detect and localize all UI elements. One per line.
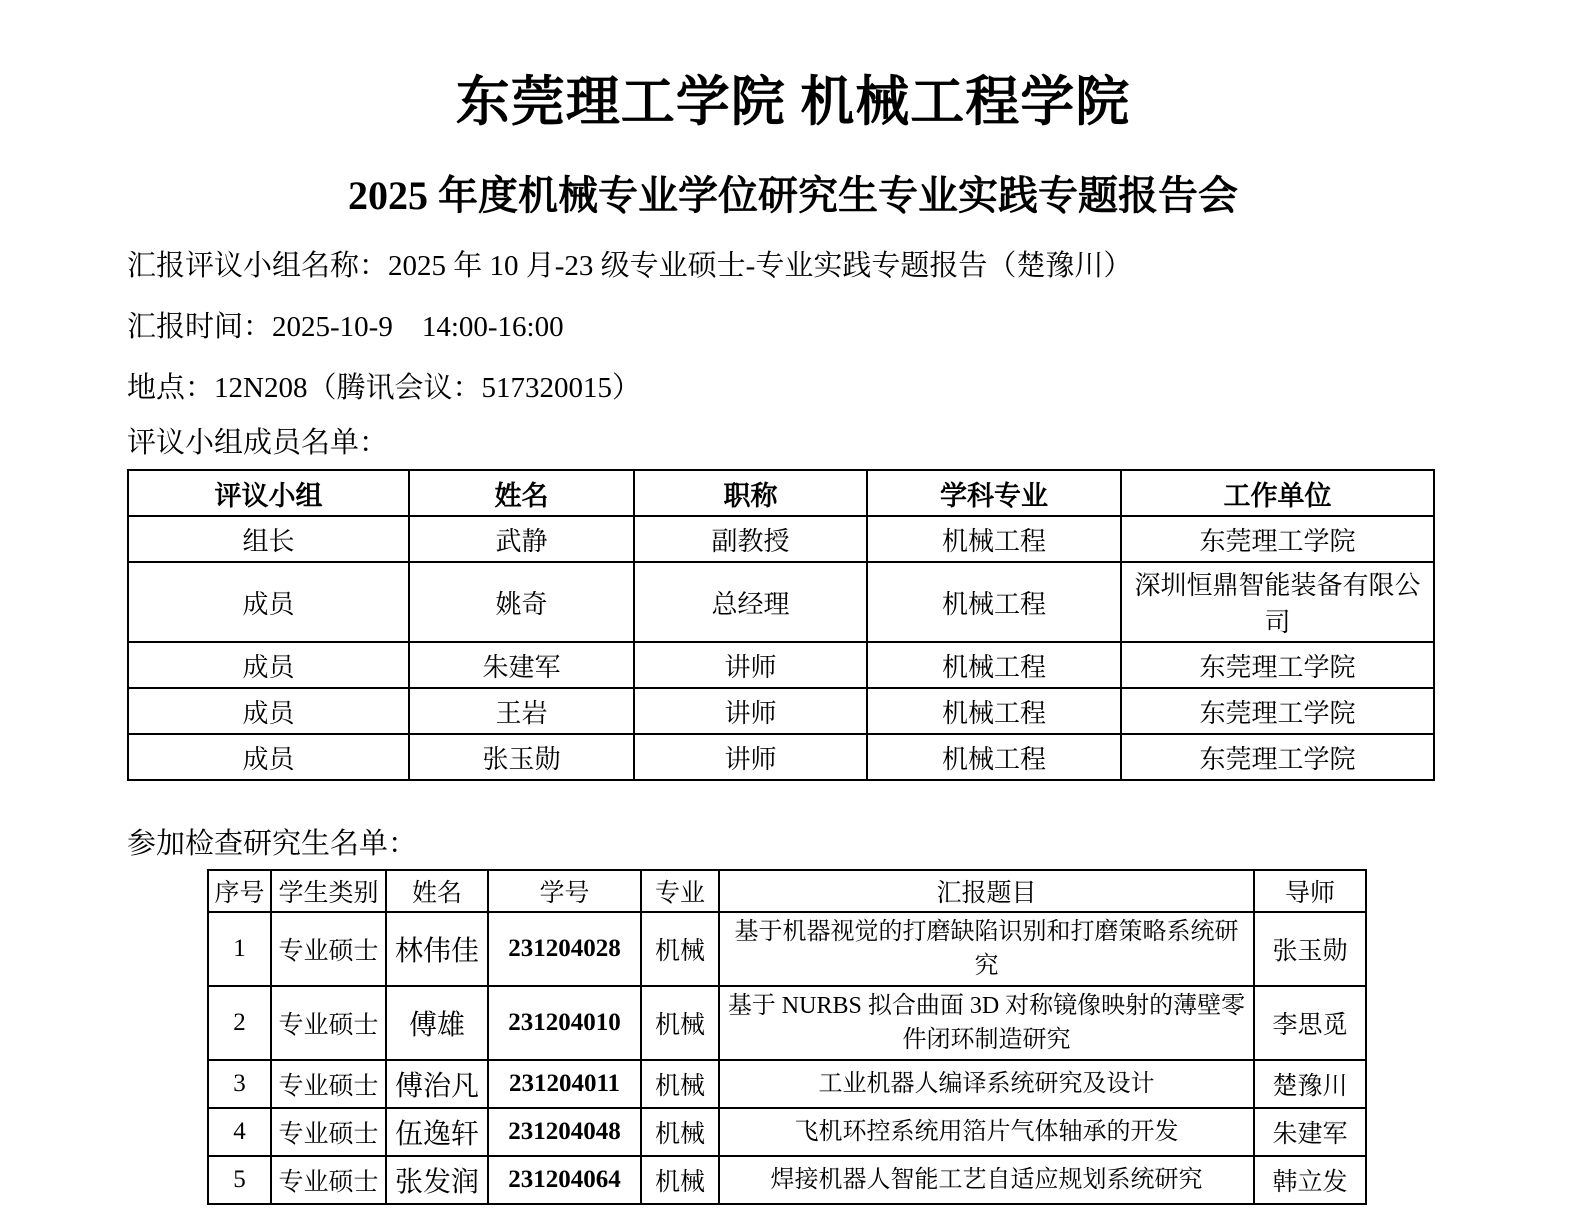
info-value: 2025 年 10 月-23 级专业硕士-专业实践专题报告（楚豫川） (388, 250, 1132, 282)
table-cell: 机械 (641, 986, 719, 1060)
table-cell: 机械 (641, 1108, 719, 1156)
table-row: 5 专业硕士 张发润 231204064 机械 焊接机器人智能工艺自适应规划系统… (208, 1156, 1366, 1204)
document-page: 东莞理工学院 机械工程学院 2025 年度机械专业学位研究生专业实践专题报告会 … (0, 0, 1586, 1222)
table-cell: 成员 (128, 562, 409, 642)
table-cell: 机械工程 (867, 734, 1121, 780)
table-cell: 深圳恒鼎智能装备有限公司 (1121, 562, 1434, 642)
table-header-row: 评议小组 姓名 职称 学科专业 工作单位 (128, 470, 1434, 516)
table-cell: 专业硕士 (271, 1156, 386, 1204)
table-cell: 机械 (641, 912, 719, 986)
table-row: 4 专业硕士 伍逸轩 231204048 机械 飞机环控系统用箔片气体轴承的开发… (208, 1108, 1366, 1156)
table-cell: 5 (208, 1156, 271, 1204)
table-cell: 231204028 (488, 912, 641, 986)
table-cell: 基于机器视觉的打磨缺陷识别和打磨策略系统研究 (719, 912, 1254, 986)
table-cell: 总经理 (634, 562, 867, 642)
table-row: 2 专业硕士 傅雄 231204010 机械 基于 NURBS 拟合曲面 3D … (208, 986, 1366, 1060)
table-cell: 武静 (409, 516, 634, 562)
table-header-cell: 专业 (641, 870, 719, 912)
page-title: 东莞理工学院 机械工程学院 (0, 0, 1586, 137)
table-row: 3 专业硕士 傅治凡 231204011 机械 工业机器人编译系统研究及设计 楚… (208, 1060, 1366, 1108)
table-row: 1 专业硕士 林伟佳 231204028 机械 基于机器视觉的打磨缺陷识别和打磨… (208, 912, 1366, 986)
info-value: 2025-10-9 14:00-16:00 (272, 311, 564, 343)
table-cell: 姚奇 (409, 562, 634, 642)
table-cell: 讲师 (634, 688, 867, 734)
table-cell: 东莞理工学院 (1121, 516, 1434, 562)
table-row: 成员 王岩 讲师 机械工程 东莞理工学院 (128, 688, 1434, 734)
table-header-cell: 学科专业 (867, 470, 1121, 516)
table-cell: 傅治凡 (386, 1060, 488, 1108)
table-cell: 基于 NURBS 拟合曲面 3D 对称镜像映射的薄壁零件闭环制造研究 (719, 986, 1254, 1060)
table-header-cell: 姓名 (409, 470, 634, 516)
page-subtitle: 2025 年度机械专业学位研究生专业实践专题报告会 (0, 171, 1586, 221)
table-cell: 4 (208, 1108, 271, 1156)
table-header-cell: 学生类别 (271, 870, 386, 912)
table-cell: 机械工程 (867, 516, 1121, 562)
table-cell: 林伟佳 (386, 912, 488, 986)
table-header-cell: 导师 (1254, 870, 1366, 912)
table-cell: 楚豫川 (1254, 1060, 1366, 1108)
table-cell: 焊接机器人智能工艺自适应规划系统研究 (719, 1156, 1254, 1204)
table-cell: 李思觅 (1254, 986, 1366, 1060)
table-cell: 专业硕士 (271, 1108, 386, 1156)
table-cell: 专业硕士 (271, 1060, 386, 1108)
table-row: 成员 姚奇 总经理 机械工程 深圳恒鼎智能装备有限公司 (128, 562, 1434, 642)
info-label: 地点： (127, 372, 214, 404)
table-cell: 231204011 (488, 1060, 641, 1108)
table-row: 成员 朱建军 讲师 机械工程 东莞理工学院 (128, 642, 1434, 688)
table-cell: 成员 (128, 642, 409, 688)
table-cell: 专业硕士 (271, 986, 386, 1060)
table-cell: 专业硕士 (271, 912, 386, 986)
students-table: 序号 学生类别 姓名 学号 专业 汇报题目 导师 1 专业硕士 林伟佳 2312… (207, 869, 1367, 1205)
info-line-location: 地点：12N208（腾讯会议：517320015） (127, 371, 1436, 405)
table-cell: 朱建军 (409, 642, 634, 688)
table-cell: 张发润 (386, 1156, 488, 1204)
table-cell: 张玉勋 (409, 734, 634, 780)
table-header-cell: 评议小组 (128, 470, 409, 516)
info-label: 汇报时间： (127, 311, 272, 343)
table-cell: 231204064 (488, 1156, 641, 1204)
table-header-cell: 工作单位 (1121, 470, 1434, 516)
committee-section-title: 评议小组成员名单： (127, 426, 1586, 460)
info-value: 12N208（腾讯会议：517320015） (214, 372, 641, 404)
table-cell: 副教授 (634, 516, 867, 562)
table-cell: 机械工程 (867, 562, 1121, 642)
table-cell: 成员 (128, 734, 409, 780)
table-cell: 东莞理工学院 (1121, 688, 1434, 734)
table-cell: 成员 (128, 688, 409, 734)
table-header-cell: 姓名 (386, 870, 488, 912)
table-cell: 231204010 (488, 986, 641, 1060)
committee-table: 评议小组 姓名 职称 学科专业 工作单位 组长 武静 副教授 机械工程 东莞理工… (127, 469, 1435, 781)
students-section-title: 参加检查研究生名单： (127, 827, 1586, 861)
table-cell: 讲师 (634, 642, 867, 688)
table-cell: 傅雄 (386, 986, 488, 1060)
table-header-cell: 序号 (208, 870, 271, 912)
table-cell: 飞机环控系统用箔片气体轴承的开发 (719, 1108, 1254, 1156)
table-cell: 3 (208, 1060, 271, 1108)
meeting-info: 汇报评议小组名称：2025 年 10 月-23 级专业硕士-专业实践专题报告（楚… (127, 249, 1436, 405)
table-cell: 机械 (641, 1060, 719, 1108)
table-cell: 机械工程 (867, 688, 1121, 734)
table-header-row: 序号 学生类别 姓名 学号 专业 汇报题目 导师 (208, 870, 1366, 912)
table-cell: 1 (208, 912, 271, 986)
table-cell: 组长 (128, 516, 409, 562)
table-cell: 王岩 (409, 688, 634, 734)
table-cell: 机械 (641, 1156, 719, 1204)
table-cell: 伍逸轩 (386, 1108, 488, 1156)
table-cell: 韩立发 (1254, 1156, 1366, 1204)
table-header-cell: 汇报题目 (719, 870, 1254, 912)
info-line-time: 汇报时间：2025-10-9 14:00-16:00 (127, 310, 1436, 344)
table-header-cell: 职称 (634, 470, 867, 516)
table-row: 组长 武静 副教授 机械工程 东莞理工学院 (128, 516, 1434, 562)
table-cell: 讲师 (634, 734, 867, 780)
table-header-cell: 学号 (488, 870, 641, 912)
table-cell: 东莞理工学院 (1121, 734, 1434, 780)
table-cell: 231204048 (488, 1108, 641, 1156)
table-cell: 朱建军 (1254, 1108, 1366, 1156)
table-cell: 机械工程 (867, 642, 1121, 688)
table-row: 成员 张玉勋 讲师 机械工程 东莞理工学院 (128, 734, 1434, 780)
info-line-group-name: 汇报评议小组名称：2025 年 10 月-23 级专业硕士-专业实践专题报告（楚… (127, 249, 1436, 283)
table-cell: 张玉勋 (1254, 912, 1366, 986)
info-label: 汇报评议小组名称： (127, 250, 388, 282)
table-cell: 东莞理工学院 (1121, 642, 1434, 688)
table-cell: 工业机器人编译系统研究及设计 (719, 1060, 1254, 1108)
table-cell: 2 (208, 986, 271, 1060)
